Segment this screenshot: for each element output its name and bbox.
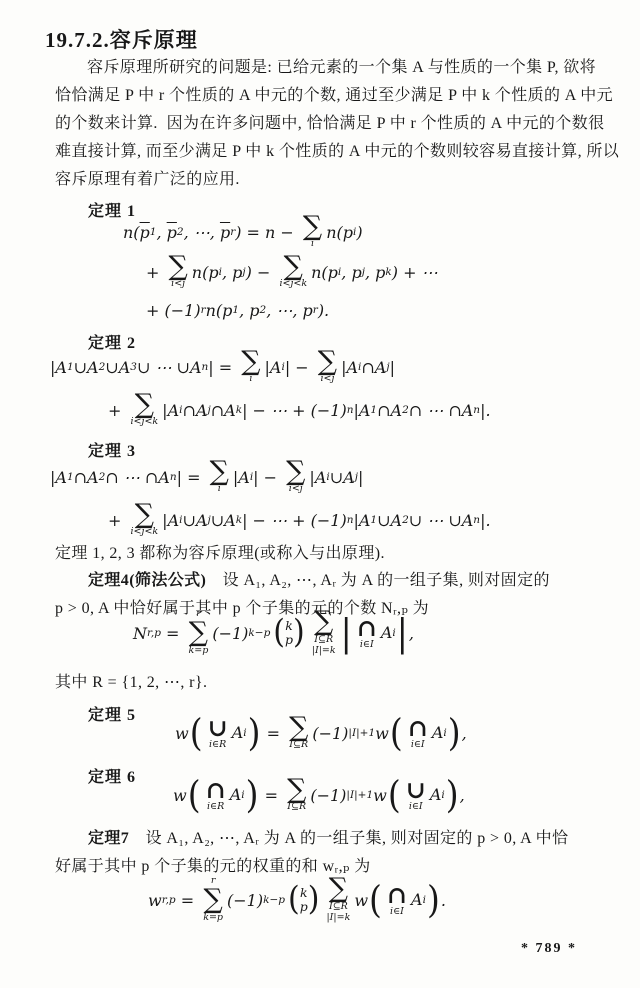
theorem-5-label: 定理 5 [88,702,136,725]
theorem-3-formula-line-2: + ∑i<j<k|Ai∪Aj∪Ak| − ⋯ + (−1)n|A1∪A2∪ ⋯ … [108,497,491,543]
theorem-7-intro-line-1: 定理7 设 A₁, A₂, ⋯, Aᵣ 为 A 的一组子集, 则对固定的 p >… [88,828,568,850]
theorem-7-formula: wr,p = r∑k=p(−1)k−p(kp)∑I⊆R|I|=kw(∩i∈IAi… [148,870,446,930]
theorem-1-formula-line-3: + (−1)rn(p1, p2, ⋯, pr). [146,298,329,322]
page-number: * 789 * [521,941,577,957]
intro-paragraph-line: 的个数来计算. 因为在许多问题中, 恰恰满足 P 中 r 个性质的 A 中元的个… [55,113,615,135]
intro-paragraph-line: 难直接计算, 而至少满足 P 中 k 个性质的 A 中元的个数则较容易直接计算,… [55,141,615,163]
theorem-4-formula: Nr,p = r∑k=p(−1)k−p(kp)∑I⊆R|I|=k|∩i∈IAi|… [133,603,414,663]
theorem-4-label: 定理4(筛法公式) [88,572,206,589]
theorem-4-intro-text: 设 A₁, A₂, ⋯, Aᵣ 为 A 的一组子集, 则对固定的 [206,572,550,589]
where-clause: 其中 R = {1, 2, ⋯, r}. [55,672,207,694]
theorem-2-formula-line-2: + ∑i<j<k|Ai∩Aj∩Ak| − ⋯ + (−1)n|A1∩A2∩ ⋯ … [108,387,491,433]
theorem-3-formula-line-1: |A1∩A2∩ ⋯ ∩An| = ∑i|Ai| − ∑i<j|Ai∪Aj| [50,454,363,500]
corollary-sentence: 定理 1, 2, 3 都称为容斥原理(或称入与出原理). [55,543,385,565]
section-heading: 19.7.2.容斥原理 [45,24,198,54]
intro-paragraph-line: 容斥原理所研究的问题是: 已给元素的一个集 A 与性质的一个集 P, 欲将 [55,57,640,79]
theorem-2-formula-line-1: |A1∪A2∪A3∪ ⋯ ∪An| = ∑i|Ai| − ∑i<j|Ai∩Aj| [50,344,395,390]
intro-paragraph-line: 容斥原理有着广泛的应用. [55,169,615,191]
theorem-4-intro-line-1: 定理4(筛法公式) 设 A₁, A₂, ⋯, Aᵣ 为 A 的一组子集, 则对固… [88,570,550,592]
intro-paragraph-line: 恰恰满足 P 中 r 个性质的 A 中元的个数, 通过至少满足 P 中 k 个性… [55,85,615,107]
theorem-6-label: 定理 6 [88,764,136,787]
theorem-5-formula: w(∪i∈RAi) = ∑I⊆R(−1)|I|+1w(∩i∈IAi), [175,708,467,758]
theorem-1-formula-line-2: + ∑i<jn(pi, pj) − ∑i<j<kn(pi, pj, pk) + … [146,249,438,295]
theorem-7-label: 定理7 [88,830,129,847]
book-page: 19.7.2.容斥原理 容斥原理所研究的问题是: 已给元素的一个集 A 与性质的… [0,0,640,988]
theorem-7-intro-text: 设 A₁, A₂, ⋯, Aᵣ 为 A 的一组子集, 则对固定的 p > 0, … [129,830,568,847]
theorem-6-formula: w(∩i∈RAi) = ∑I⊆R(−1)|I|+1w(∪i∈IAi), [173,770,465,820]
